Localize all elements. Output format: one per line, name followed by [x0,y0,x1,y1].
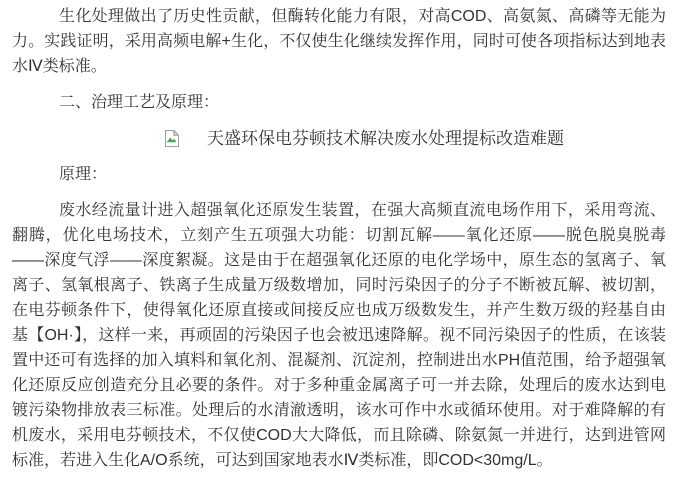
broken-image-icon [164,130,179,147]
principle-label: 原理： [12,162,666,187]
image-caption-row: 天盛环保电芬顿技术解决废水处理提标改造难题 [12,126,666,151]
image-caption: 天盛环保电芬顿技术解决废水处理提标改造难题 [207,126,564,151]
intro-paragraph: 生化处理做出了历史性贡献，但酶转化能力有限，对高COD、高氨氮、高磷等无能为力。… [12,4,666,79]
section-heading: 二、治理工艺及原理： [12,90,666,115]
principle-paragraph: 废水经流量计进入超强氧化还原发生装置，在强大高频直流电场作用下，采用弯流、翻腾，… [12,198,666,473]
article-content: 生化处理做出了历史性贡献，但酶转化能力有限，对高COD、高氨氮、高磷等无能为力。… [0,0,692,473]
